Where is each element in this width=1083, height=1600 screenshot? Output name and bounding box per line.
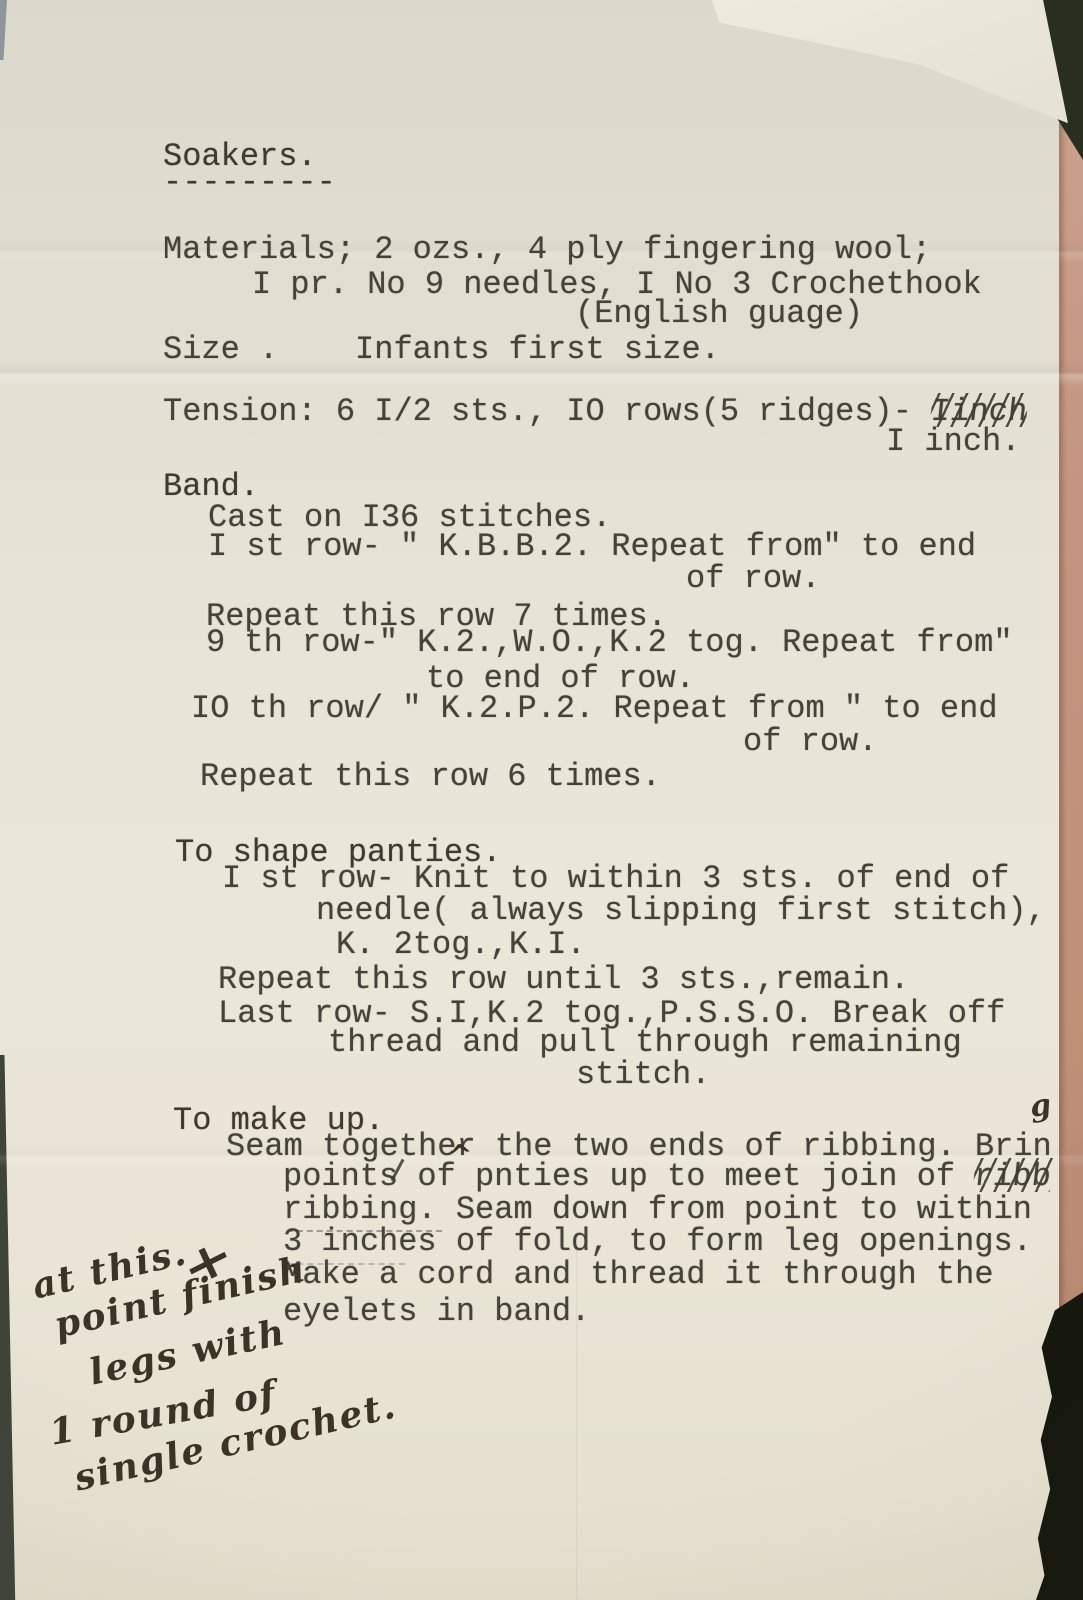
band-line-9: Repeat this row 6 times. xyxy=(200,760,661,794)
torn-edge-bottom-left xyxy=(0,1055,16,1600)
overflow-g-annotation: g xyxy=(1028,1087,1056,1125)
caret-annotation: ^ xyxy=(446,1138,476,1175)
folded-corner-flap xyxy=(712,0,1068,140)
shape-line-7: stitch. xyxy=(576,1058,710,1092)
make-up-line-2-struck: ribb xyxy=(973,1160,1053,1194)
torn-corner-background xyxy=(990,0,1083,160)
make-up-line-3: ribbing. Seam down from point to within xyxy=(283,1193,1032,1227)
shape-line-4: Repeat this row until 3 sts.,remain. xyxy=(218,963,909,997)
make-up-line-2-prefix: points of pnties up to meet join of xyxy=(283,1158,974,1195)
band-line-7: IO th row/ " K.2.P.2. Repeat from " to e… xyxy=(191,692,998,726)
typed-underline-3-inches xyxy=(287,1230,442,1232)
tension-prefix: Tension: 6 I/2 sts., IO rows(5 ridges)- xyxy=(163,393,931,430)
band-line-5: 9 th row-" K.2.,W.O.,K.2 tog. Repeat fro… xyxy=(206,626,1013,660)
band-line-2: I st row- " K.B.B.2. Repeat from" to end xyxy=(208,530,976,564)
title-underline: --------- xyxy=(163,166,336,200)
make-up-line-6: eyelets in band. xyxy=(283,1295,590,1329)
tension-line-2: I inch. xyxy=(886,425,1020,459)
band-line-8: of row. xyxy=(743,725,877,759)
shape-line-6: thread and pull through remaining xyxy=(328,1026,962,1060)
materials-line-1: Materials; 2 ozs., 4 ply fingering wool; xyxy=(163,233,931,267)
shape-line-2: needle( always slipping first stitch), xyxy=(316,894,1046,928)
table-edge-strip xyxy=(1059,90,1083,1315)
band-line-3: of row. xyxy=(686,562,820,596)
scanned-document-page: Soakers. --------- Materials; 2 ozs., 4 … xyxy=(0,0,1083,1600)
shape-line-1: I st row- Knit to within 3 sts. of end o… xyxy=(222,862,1009,896)
shape-line-3: K. 2tog.,K.I. xyxy=(336,928,586,962)
size-line: Size . Infants first size. xyxy=(163,333,720,367)
torn-edge-bottom-right xyxy=(1036,1292,1083,1600)
materials-line-3: (English guage) xyxy=(575,297,863,331)
staple xyxy=(0,0,10,60)
